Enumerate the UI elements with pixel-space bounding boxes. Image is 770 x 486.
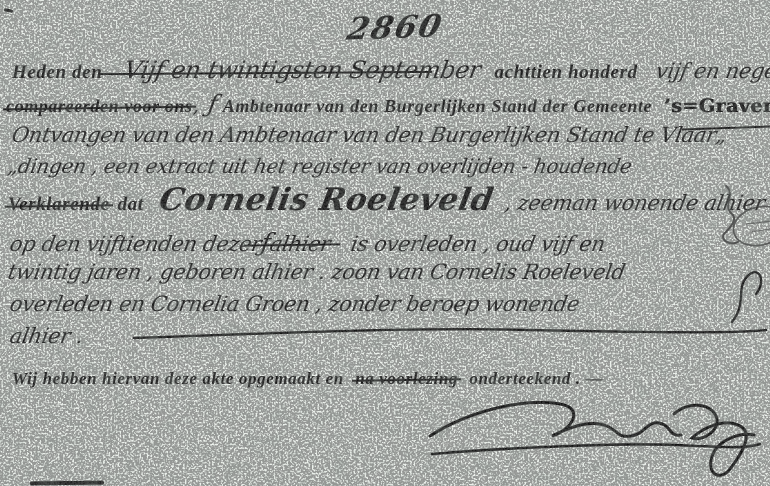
caret-mark: ƒ [206,90,220,118]
act-number: 2860 [344,8,447,47]
line-age-parent: twintig jaren , geboren alhier . zoon va… [6,260,627,284]
struck-alhier: alhier [268,232,332,256]
printed-gravenhage: ’s=Gravenhage, [664,95,770,117]
line-mother: overleden en Cornelia Groen , zonder ber… [8,292,581,316]
line-alhier: alhier . [8,324,85,348]
scan-artifact-bottom [30,481,104,486]
handwritten-deceased-name: Cornelis Roeleveld [158,190,495,210]
printed-dat: dat [118,194,144,215]
line-death-date: op den vijftienden dezerƒalhier is overl… [8,228,603,257]
handwritten-year: vijf en negentig , [654,59,770,83]
embossed-oval-stamp [712,184,770,268]
printed-achttien-honderd: achttien honderd [495,62,638,83]
line-extract: „dingen , een extract uit het register v… [6,154,634,178]
line-closing: Wij hebben hiervan deze akte opgemaakt e… [12,369,603,389]
printed-onderteekend: onderteekend . — [469,369,603,388]
closing-rule-flourish [130,322,770,346]
registrar-signature [420,392,770,484]
scan-artifact-corner [4,8,13,13]
line-ontvangen: Ontvangen van den Ambtenaar van den Burg… [10,123,729,147]
printed-wij-hebben: Wij hebben hiervan deze akte opgemaakt e… [12,369,344,388]
line-date: Heden den Vijf en twintigsten September … [12,56,770,84]
pen-flourish [726,268,770,328]
line-official: compareerden voor ons, ƒ Ambtenaar van d… [6,90,770,118]
handwritten-date: Vijf en twintigsten September [122,56,483,84]
printed-ambtenaar: Ambtenaar van den Burgerlijken Stand der… [223,96,652,116]
struck-verklarende: Verklarende [8,194,110,216]
printed-heden-den: Heden den [12,62,102,83]
line-declaration: Verklarendedat Cornelis Roeleveld , zeem… [8,190,770,216]
struck-na-voorlezing: na voorlezing [355,369,458,389]
scanned-death-record: 2860 Heden den Vijf en twintigsten Septe… [0,0,770,486]
handwritten-op-den: op den vijftienden dezer [8,232,263,256]
handwritten-overleden: is overleden , oud vijf en [349,232,607,256]
struck-compareerden: compareerden voor ons [6,96,193,117]
